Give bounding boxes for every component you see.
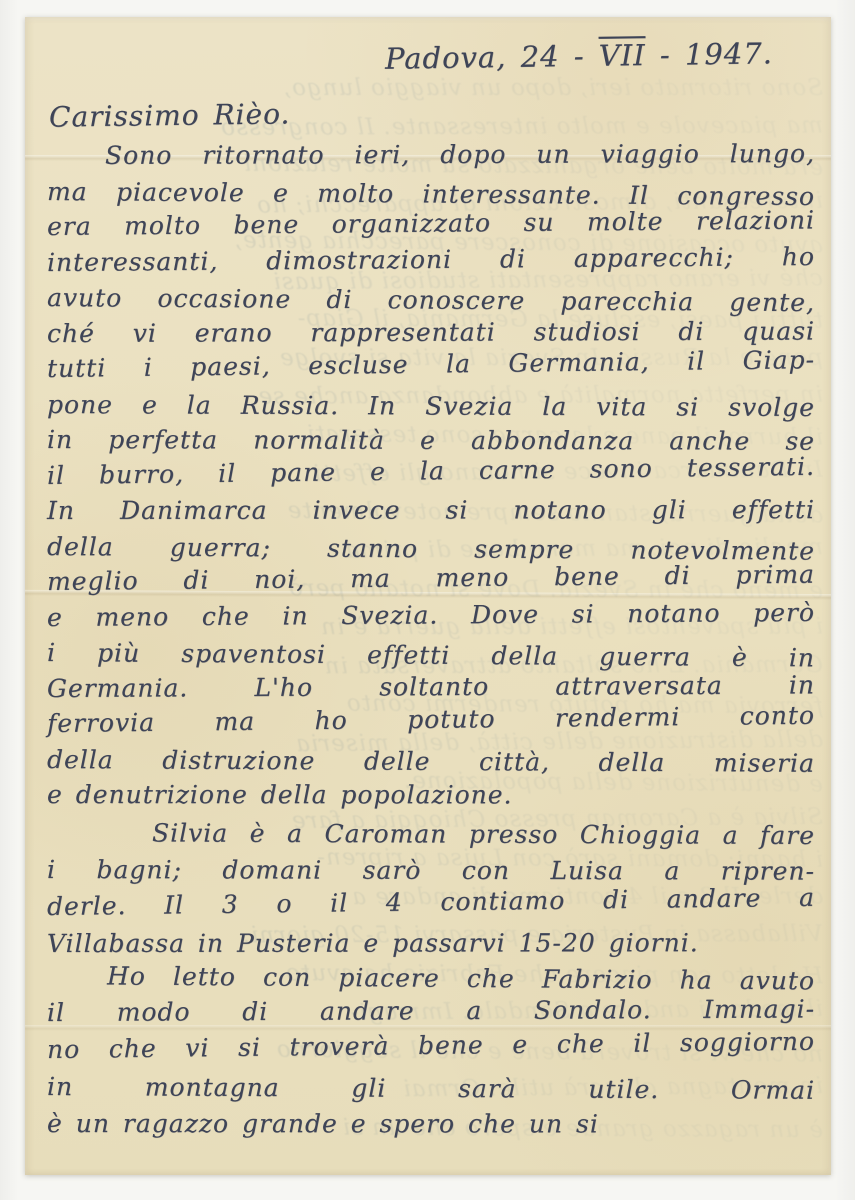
handwriting-line: tutti i paesi, escluse la Germania, il G… bbox=[47, 342, 815, 386]
handwriting-line: interessanti, dimostrazioni di apparecch… bbox=[47, 238, 815, 280]
handwriting-line: in montagna gli sarà utile. Ormai bbox=[47, 1068, 815, 1109]
handwriting-line: era molto bene organizzato su molte rela… bbox=[47, 202, 815, 244]
salutation: Carissimo Rièo. bbox=[49, 97, 291, 133]
handwriting-line: e denutrizione della popolazione. bbox=[47, 777, 815, 813]
handwriting-line: della distruzione delle città, della mis… bbox=[47, 742, 815, 781]
handwriting-line: Sono ritornato ieri, dopo un viaggio lun… bbox=[47, 136, 815, 174]
scan-background: Sono ritornato ieri, dopo un viaggio lun… bbox=[0, 0, 855, 1200]
handwriting-line: meglio di noi, ma meno bene di prima bbox=[47, 557, 815, 600]
handwriting-line: Silvia è a Caroman presso Chioggia a far… bbox=[47, 814, 815, 854]
letter-paragraph-3: Ho letto con piacere che Fabrizio ha avu… bbox=[47, 957, 815, 1142]
dateline-month: VII bbox=[599, 38, 646, 73]
letter-paper: Sono ritornato ieri, dopo un viaggio lun… bbox=[25, 17, 831, 1175]
dateline: Padova, 24 - VII - 1947. bbox=[385, 36, 773, 75]
handwriting-line: ferrovia ma ho potuto rendermi conto bbox=[47, 698, 815, 742]
handwriting-line: derle. Il 3 o il 4 contiamo di andare a bbox=[47, 879, 815, 925]
dateline-year: - 1947. bbox=[660, 36, 774, 72]
handwriting-line: e meno che in Svezia. Dove si notano per… bbox=[47, 594, 815, 635]
handwriting-line: no che vi si troverà bene e che il soggi… bbox=[47, 1023, 815, 1068]
letter-paragraph-2: Silvia è a Caroman presso Chioggia a far… bbox=[47, 814, 815, 962]
dateline-city-day: Padova, 24 - bbox=[385, 39, 585, 76]
handwriting-line: pone e la Russia. In Svezia la vita si s… bbox=[47, 387, 815, 425]
letter-content: Padova, 24 - VII - 1947. Carissimo Rièo.… bbox=[25, 17, 831, 1175]
handwriting-line: è un ragazzo grande e spero che un si bbox=[47, 1105, 815, 1143]
handwriting-line: In Danimarca invece si notano gli effett… bbox=[47, 492, 815, 528]
letter-paragraph-1: Sono ritornato ieri, dopo un viaggio lun… bbox=[47, 138, 815, 813]
